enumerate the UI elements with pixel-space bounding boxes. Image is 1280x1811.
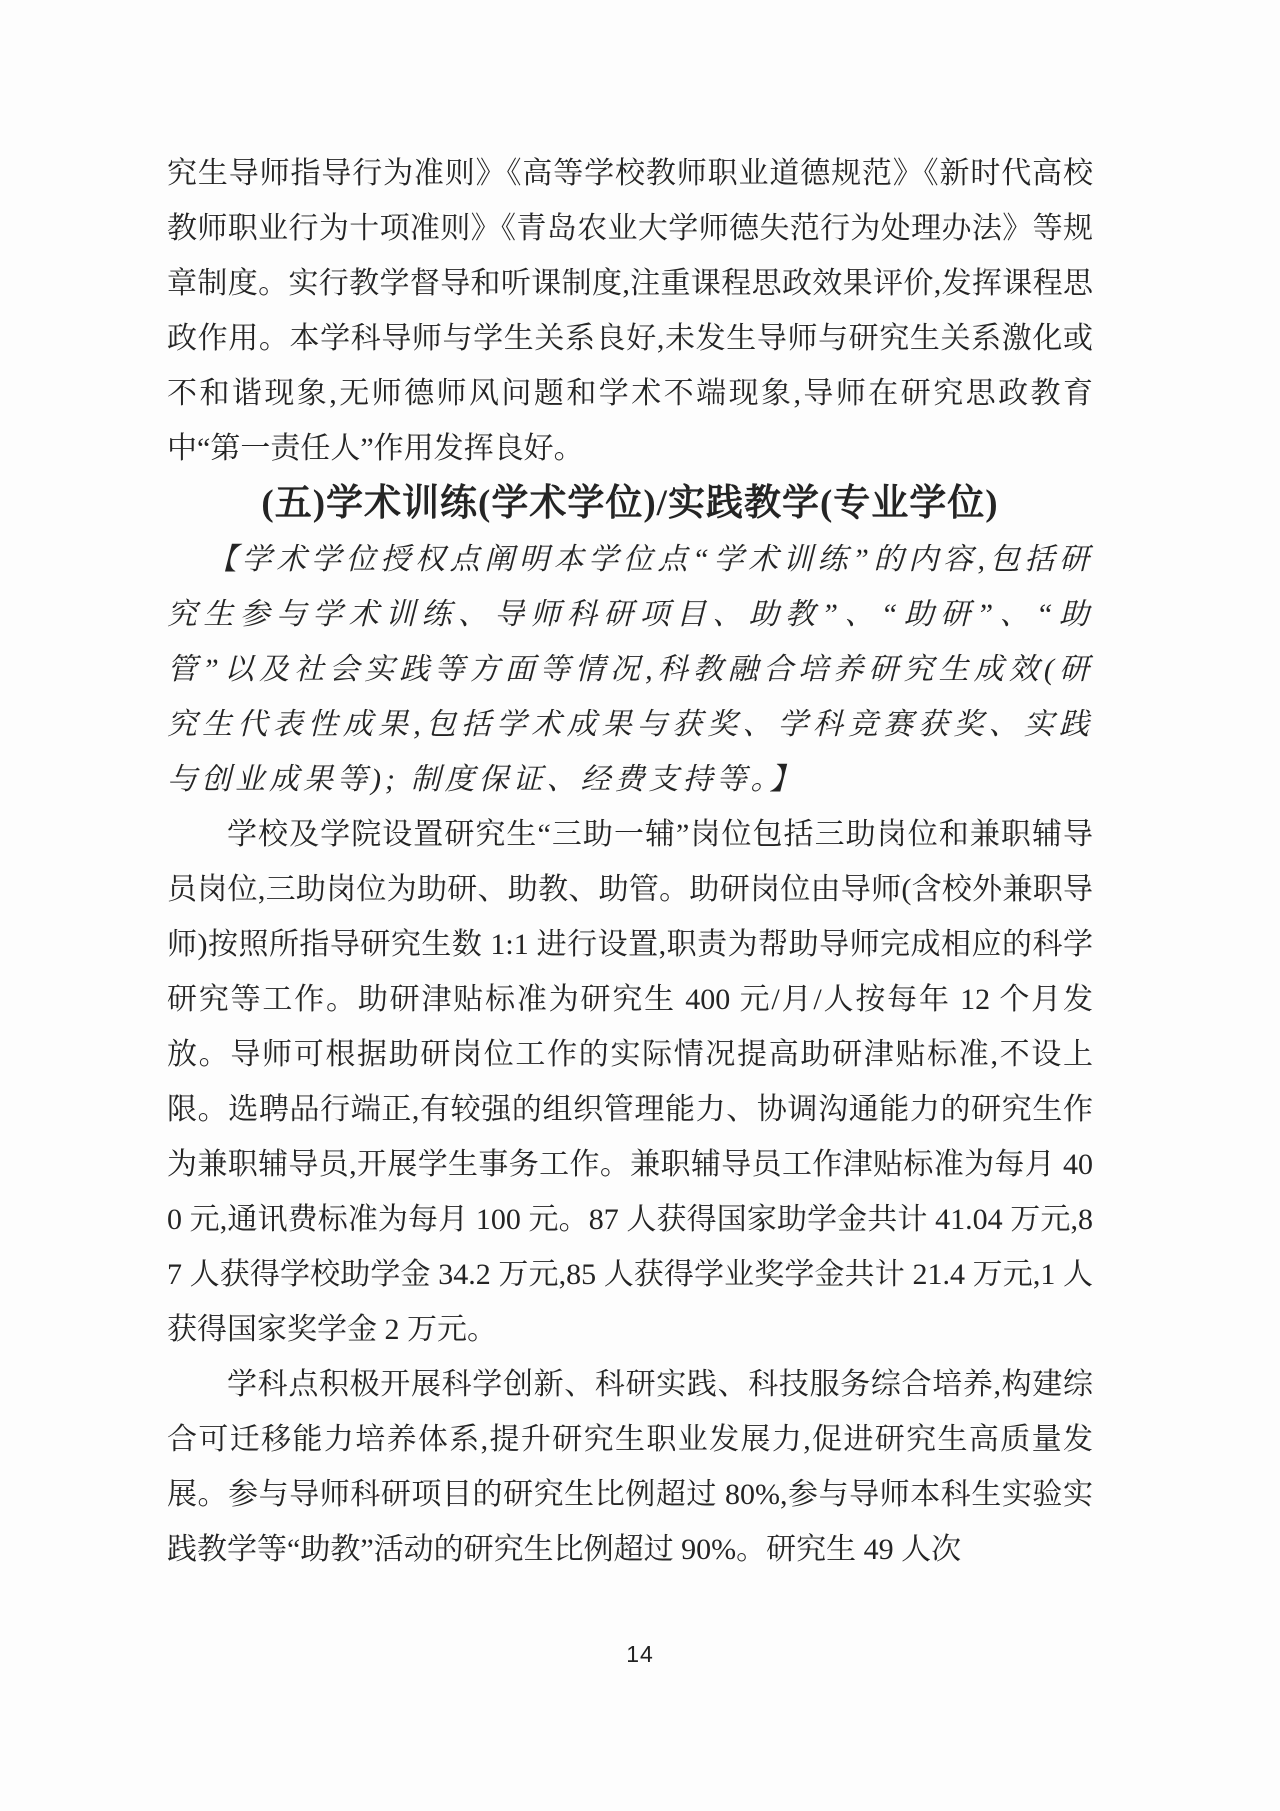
paragraph-assistant-positions: 学校及学院设置研究生“三助一辅”岗位包括三助岗位和兼职辅导员岗位,三助岗位为助研… [167,807,1093,1357]
document-page: 究生导师指导行为准则》《高等学校教师职业道德规范》《新时代高校教师职业行为十项准… [0,0,1280,1811]
paragraph-continuation: 究生导师指导行为准则》《高等学校教师职业道德规范》《新时代高校教师职业行为十项准… [167,146,1093,476]
paragraph-academic-training: 学科点积极开展科学创新、科研实践、科技服务综合培养,构建综合可迁移能力培养体系,… [167,1357,1093,1577]
editorial-note: 【学术学位授权点阐明本学位点“学术训练”的内容,包括研究生参与学术训练、导师科研… [167,532,1093,807]
text-block: 究生导师指导行为准则》《高等学校教师职业道德规范》《新时代高校教师职业行为十项准… [167,146,1093,1577]
page-number: 14 [0,1641,1280,1668]
section-heading: (五)学术训练(学术学位)/实践教学(专业学位) [167,476,1093,532]
